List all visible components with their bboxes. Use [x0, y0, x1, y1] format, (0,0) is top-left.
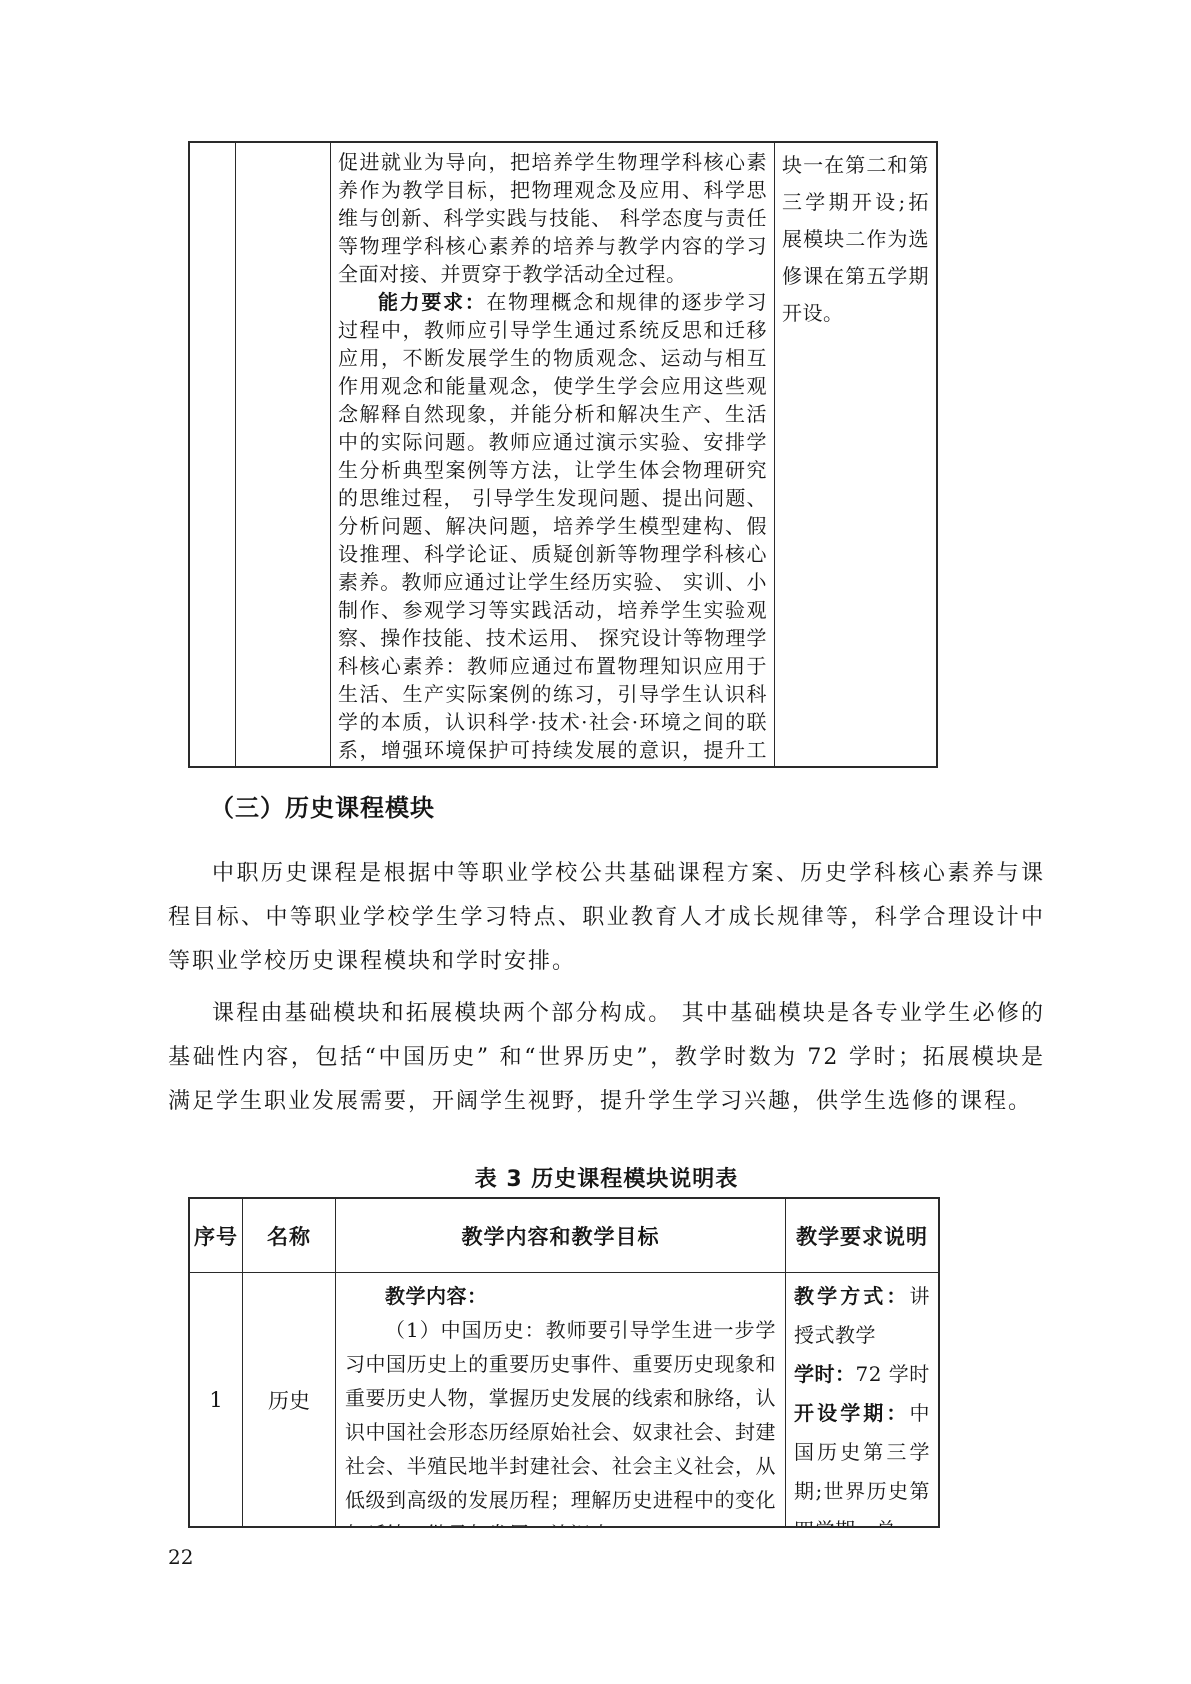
row-content-cell: 教学内容： （1）中国历史：教师要引导学生进一步学习中国历史上的重要历史事件、重… [336, 1273, 786, 1526]
requirement-method-label: 教学方式： [794, 1284, 910, 1308]
requirement-semester: 开设学期：中国历史第三学期;世界历史第四学期，总 [794, 1394, 930, 1526]
page-number: 22 [168, 1545, 193, 1569]
row-requirement-cell: 教学方式：讲授式教学 学时：72 学时 开设学期：中国历史第三学期;世界历史第四… [786, 1273, 938, 1526]
physics-table-content-cell: 促进就业为导向，把培养学生物理学科核心素养作为教学目标，把物理观念及应用、科学思… [331, 143, 775, 766]
history-intro-paragraph: 中职历史课程是根据中等职业学校公共基础课程方案、历史学科核心素养与课程目标、中等… [168, 852, 1045, 984]
history-table-title: 表 3 历史课程模块说明表 [168, 1162, 1045, 1193]
row-name-cell: 历史 [243, 1273, 336, 1526]
physics-content-continuation: 促进就业为导向，把培养学生物理学科核心素养作为教学目标，把物理观念及应用、科学思… [338, 148, 767, 288]
physics-module-table: 促进就业为导向，把培养学生物理学科核心素养作为教学目标，把物理观念及应用、科学思… [188, 141, 938, 768]
ability-requirements-paragraph: 能力要求：在物理概念和规律的逐步学习过程中，教师应引导学生通过系统反思和迁移应用… [338, 288, 767, 768]
history-table-header-row: 序号 名称 教学内容和教学目标 教学要求说明 [190, 1199, 938, 1273]
document-page: 促进就业为导向，把培养学生物理学科核心素养作为教学目标，把物理观念及应用、科学思… [0, 0, 1191, 1684]
history-structure-paragraph: 课程由基础模块和拓展模块两个部分构成。 其中基础模块是各专业学生必修的基础性内容… [168, 992, 1045, 1124]
requirement-semester-label: 开设学期： [794, 1401, 910, 1425]
header-name: 名称 [243, 1199, 336, 1272]
physics-table-name-cell [236, 143, 331, 766]
requirement-hours-text: 72 学时 [856, 1362, 930, 1386]
requirement-hours-label: 学时： [794, 1362, 856, 1386]
row-seq-cell: 1 [190, 1273, 243, 1526]
header-requirements: 教学要求说明 [786, 1199, 938, 1272]
body-paragraphs: 中职历史课程是根据中等职业学校公共基础课程方案、历史学科核心素养与课程目标、中等… [168, 852, 1045, 1132]
history-module-table: 序号 名称 教学内容和教学目标 教学要求说明 1 历史 教学内容： （1）中国历… [188, 1197, 940, 1528]
physics-table-seq-cell [190, 143, 236, 766]
section-heading: （三）历史课程模块 [210, 788, 435, 823]
teaching-content-label: 教学内容： [345, 1279, 776, 1313]
requirement-hours: 学时：72 学时 [794, 1355, 930, 1394]
ability-requirements-label: 能力要求： [378, 290, 486, 314]
ability-requirements-text: 在物理概念和规律的逐步学习过程中，教师应引导学生通过系统反思和迁移应用，不断发展… [338, 290, 767, 768]
requirement-method: 教学方式：讲授式教学 [794, 1277, 930, 1355]
header-content-goals: 教学内容和教学目标 [336, 1199, 786, 1272]
header-seq: 序号 [190, 1199, 243, 1272]
physics-table-requirement-cell: 块一在第二和第三学期开设;拓展模块二作为选修课在第五学期开设。 [775, 143, 936, 766]
teaching-content-text: （1）中国历史：教师要引导学生进一步学习中国历史上的重要历史事件、重要历史现象和… [345, 1313, 776, 1526]
history-table-row: 1 历史 教学内容： （1）中国历史：教师要引导学生进一步学习中国历史上的重要历… [190, 1273, 938, 1526]
